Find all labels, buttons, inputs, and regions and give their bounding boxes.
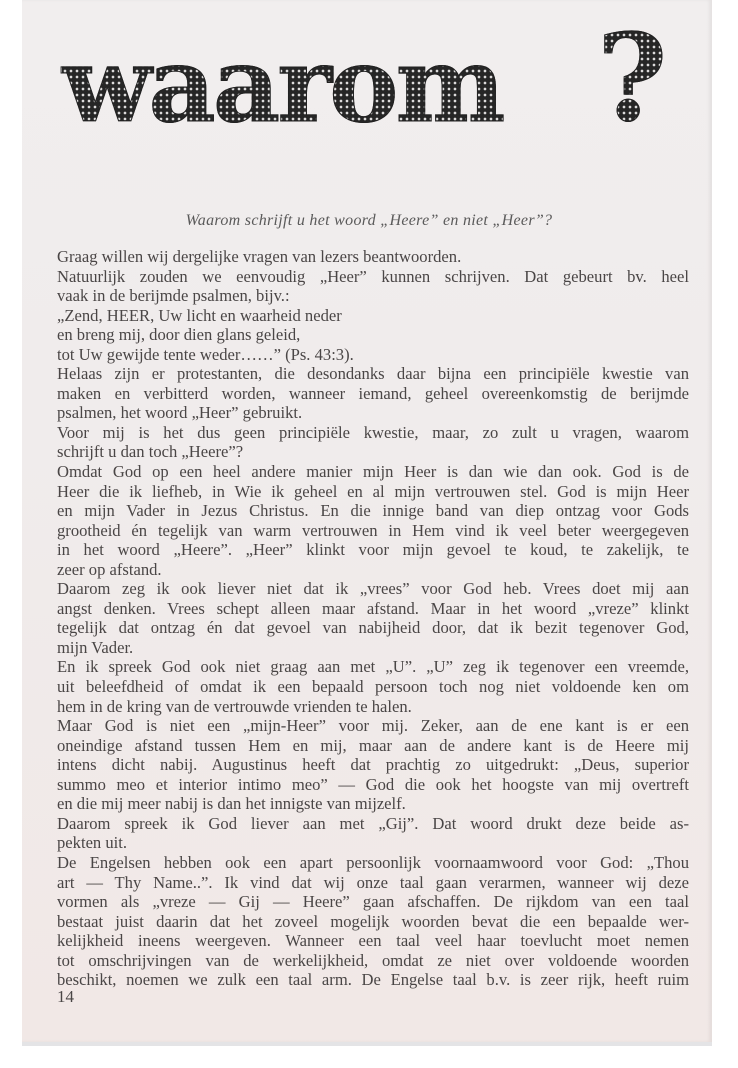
text-line: Daarom spreek ik God liever aan met „Gij… <box>57 814 689 834</box>
text-line: tegelijk dat ontzag én dat gevoel van na… <box>57 618 689 638</box>
text-line: en mijn Vader in Jezus Christus. En die … <box>57 501 689 521</box>
text-line: psalmen, het woord „Heer” gebruikt. <box>57 403 689 423</box>
text-line: intens dicht nabij. Augustinus heeft dat… <box>57 755 689 775</box>
article-body: Graag willen wij dergelijke vragen van l… <box>57 247 689 990</box>
text-line: schrijft u dan toch „Heere”? <box>57 442 689 462</box>
text-line: uit beleefdheid of omdat ik een bepaald … <box>57 677 689 697</box>
text-line: Omdat God op een heel andere manier mijn… <box>57 462 689 482</box>
text-line: vaak in de berijmde psalmen, bijv.: <box>57 286 689 306</box>
text-line: pekten uit. <box>57 833 689 853</box>
page-number: 14 <box>57 987 74 1007</box>
paragraph: En ik spreek God ook niet graag aan met … <box>57 657 689 716</box>
paragraph: Helaas zijn er protestanten, die desonda… <box>57 364 689 423</box>
paragraph: Daarom spreek ik God liever aan met „Gij… <box>57 814 689 853</box>
text-line: beschikt, noemen we zulk een taal arm. D… <box>57 970 689 990</box>
text-line: summo meo et interior intimo meo” — God … <box>57 775 689 795</box>
paragraph: Voor mij is het dus geen principiële kwe… <box>57 423 689 462</box>
article-title: waarom ? <box>62 20 672 150</box>
paragraph: tot Uw gewijde tente weder……” (Ps. 43:3)… <box>57 345 689 365</box>
text-line: Graag willen wij dergelijke vragen van l… <box>57 247 689 267</box>
text-line: tot Uw gewijde tente weder……” (Ps. 43:3)… <box>57 345 689 365</box>
text-line: Helaas zijn er protestanten, die desonda… <box>57 364 689 384</box>
paragraph: „Zend, HEER, Uw licht en waarheid neder <box>57 306 689 326</box>
article-subtitle: Waarom schrijft u het woord „Heere” en n… <box>0 212 738 230</box>
text-line: Natuurlijk zouden we eenvoudig „Heer” ku… <box>57 267 689 287</box>
text-line: bestaat juist daarin dat het zoveel moge… <box>57 912 689 932</box>
text-line: hem in de kring van de vertrouwde vriend… <box>57 697 689 717</box>
text-line: en breng mij, door dien glans geleid, <box>57 325 689 345</box>
text-line: art — Thy Name..”. Ik vind dat wij onze … <box>57 873 689 893</box>
text-line: zeer op afstand. <box>57 560 689 580</box>
text-line: tot omschrijvingen van de werkelijkheid,… <box>57 951 689 971</box>
text-line: „Zend, HEER, Uw licht en waarheid neder <box>57 306 689 326</box>
text-line: Daarom zeg ik ook liever niet dat ik „vr… <box>57 579 689 599</box>
text-line: angst denken. Vrees schept alleen maar a… <box>57 599 689 619</box>
text-line: oneindige afstand tussen Hem en mij, maa… <box>57 736 689 756</box>
text-line: mijn Vader. <box>57 638 689 658</box>
paragraph: Omdat God op een heel andere manier mijn… <box>57 462 689 579</box>
text-line: Heer die ik liefheb, in Wie ik geheel en… <box>57 482 689 502</box>
text-line: vormen als „vreze — Gij — Heere” gaan af… <box>57 892 689 912</box>
paragraph: De Engelsen hebben ook een apart persoon… <box>57 853 689 990</box>
text-line: De Engelsen hebben ook een apart persoon… <box>57 853 689 873</box>
text-line: Maar God is niet een „mijn-Heer” voor mi… <box>57 716 689 736</box>
text-line: Voor mij is het dus geen principiële kwe… <box>57 423 689 443</box>
text-line: en die mij meer nabij is dan het innigst… <box>57 794 689 814</box>
page-edge <box>22 1042 712 1046</box>
paragraph: Daarom zeg ik ook liever niet dat ik „vr… <box>57 579 689 657</box>
paragraph: en breng mij, door dien glans geleid, <box>57 325 689 345</box>
paragraph: Graag willen wij dergelijke vragen van l… <box>57 247 689 267</box>
title-question-mark: ? <box>597 14 664 144</box>
text-line: En ik spreek God ook niet graag aan met … <box>57 657 689 677</box>
paragraph: Maar God is niet een „mijn-Heer” voor mi… <box>57 716 689 814</box>
text-line: grootheid én tegelijk van warm vertrouwe… <box>57 521 689 541</box>
text-line: in het woord „Heere”. „Heer” klinkt voor… <box>57 540 689 560</box>
text-line: maken en verbitterd worden, wanneer iema… <box>57 384 689 404</box>
title-word: waarom <box>62 20 503 150</box>
text-line: kelijkheid ineens weergeven. Wanneer een… <box>57 931 689 951</box>
paragraph: Natuurlijk zouden we eenvoudig „Heer” ku… <box>57 267 689 306</box>
